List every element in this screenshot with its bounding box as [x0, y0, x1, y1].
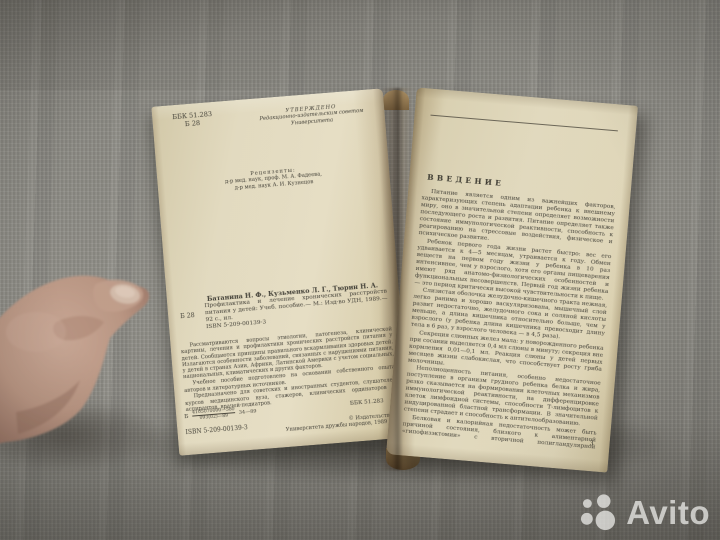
open-book: ББК 51.283 Б 28 УТВЕРЖДЕНО Редакционно-и… — [140, 70, 670, 480]
hand-highlight — [6, 312, 66, 352]
book-right-page: ВВЕДЕНИЕ Питание является одним из важне… — [386, 87, 638, 472]
hand — [0, 262, 164, 450]
catalog-prefix: Б — [184, 414, 189, 420]
copyright-block: © Издательство Университета дружбы народ… — [285, 412, 400, 434]
watermark-text: Avito — [626, 494, 710, 532]
catalog-suffix: 34—89 — [239, 408, 257, 415]
chapter-heading: ВВЕДЕНИЕ — [427, 173, 505, 188]
reviewers-block: Рецензенты: д-р мед. наук, проф. М. А. Ф… — [157, 160, 390, 197]
bbk-classification: ББК 51.283 Б 28 — [172, 110, 213, 129]
citation-block: Батанина Н. Ф., Кузьменко Л. Г., Тюрин Н… — [179, 281, 389, 334]
avito-watermark: Avito — [579, 494, 710, 532]
approved-block: УТВЕРЖДЕНО Редакционно-издательским сове… — [252, 101, 371, 129]
book-left-page: ББК 51.283 Б 28 УТВЕРЖДЕНО Редакционно-и… — [151, 88, 410, 455]
page-number: 3 — [589, 439, 594, 447]
page-stack-top-edge — [383, 90, 409, 110]
catalog-fraction: 4105070000—580 093(02)—89 — [192, 407, 235, 422]
isbn-bottom: ISBN 5-209-00139-3 — [185, 424, 248, 436]
avito-logo-icon — [579, 494, 619, 532]
photo-scene: ББК 51.283 Б 28 УТВЕРЖДЕНО Редакционно-и… — [0, 0, 720, 540]
header-rule — [430, 115, 617, 132]
catalog-letter: Б 28 — [179, 303, 206, 326]
body-text: Питание является одним из важнейших факт… — [402, 188, 616, 451]
